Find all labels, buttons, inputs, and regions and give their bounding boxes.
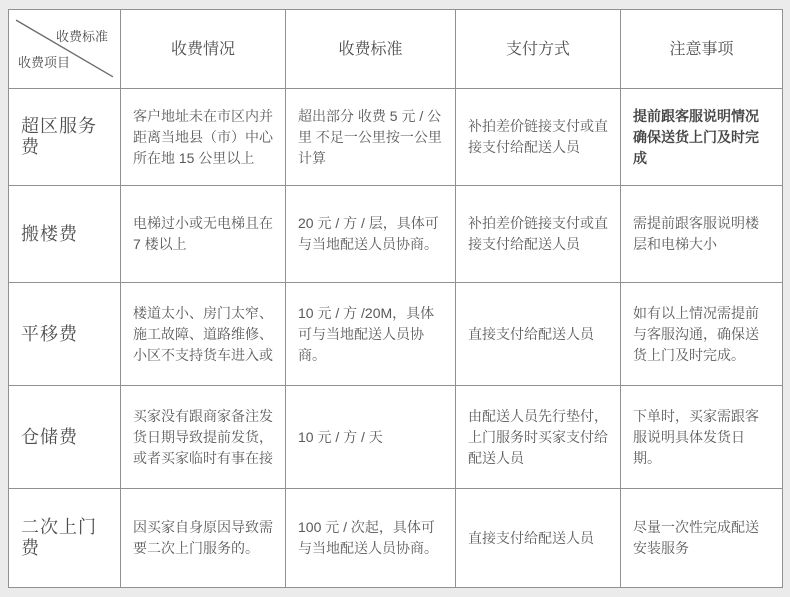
cell-notes: 如有以上情况需提前与客服沟通，确保送货上门及时完成。 [621,283,783,386]
row-item-label: 超区服务费 [9,89,121,186]
table-row: 搬楼费 电梯过小或无电梯且在 7 楼以上 20 元 / 方 / 层，具体可与当地… [9,186,783,283]
table-row: 仓储费 买家没有跟商家备注发货日期导致提前发货，或者买家临时有事在接 10 元 … [9,386,783,489]
cell-standard: 20 元 / 方 / 层，具体可与当地配送人员协商。 [286,186,456,283]
cell-payment: 直接支付给配送人员 [456,489,621,588]
row-item-label: 仓储费 [9,386,121,489]
row-item-label: 二次上门费 [9,489,121,588]
cell-situation: 因买家自身原因导致需要二次上门服务的。 [121,489,286,588]
corner-label-fee-item: 收费项目 [18,52,70,73]
corner-label-fee-standard: 收费标准 [56,26,108,47]
column-header-notes: 注意事项 [621,10,783,89]
cell-payment: 补拍差价链接支付或直接支付给配送人员 [456,186,621,283]
cell-payment: 直接支付给配送人员 [456,283,621,386]
cell-standard: 超出部分 收费 5 元 / 公里 不足一公里按一公里计算 [286,89,456,186]
fee-schedule-table: 收费标准 收费项目 收费情况 收费标准 支付方式 注意事项 超区服务费 客户地址… [8,9,783,588]
cell-situation: 楼道太小、房门太窄、施工故障、道路维修、小区不支持货车进入或 [121,283,286,386]
column-header-standard: 收费标准 [286,10,456,89]
cell-situation: 买家没有跟商家备注发货日期导致提前发货，或者买家临时有事在接 [121,386,286,489]
cell-standard: 10 元 / 方 /20M，具体可与当地配送人员协商。 [286,283,456,386]
row-item-label: 搬楼费 [9,186,121,283]
cell-situation: 客户地址未在市区内并距离当地县（市）中心所在地 15 公里以上 [121,89,286,186]
column-header-situation: 收费情况 [121,10,286,89]
cell-notes: 尽量一次性完成配送安装服务 [621,489,783,588]
diagonal-divider-line [9,10,120,88]
row-item-label: 平移费 [9,283,121,386]
table-row: 超区服务费 客户地址未在市区内并距离当地县（市）中心所在地 15 公里以上 超出… [9,89,783,186]
table-row: 二次上门费 因买家自身原因导致需要二次上门服务的。 100 元 / 次起，具体可… [9,489,783,588]
cell-notes: 下单时，买家需跟客服说明具体发货日期。 [621,386,783,489]
column-header-payment: 支付方式 [456,10,621,89]
corner-header-cell: 收费标准 收费项目 [9,10,121,89]
cell-notes: 提前跟客服说明情况确保送货上门及时完成 [621,89,783,186]
table-row: 平移费 楼道太小、房门太窄、施工故障、道路维修、小区不支持货车进入或 10 元 … [9,283,783,386]
header-row: 收费标准 收费项目 收费情况 收费标准 支付方式 注意事项 [9,10,783,89]
cell-standard: 100 元 / 次起，具体可与当地配送人员协商。 [286,489,456,588]
cell-standard: 10 元 / 方 / 天 [286,386,456,489]
cell-notes: 需提前跟客服说明楼层和电梯大小 [621,186,783,283]
cell-payment: 补拍差价链接支付或直接支付给配送人员 [456,89,621,186]
cell-payment: 由配送人员先行垫付，上门服务时买家支付给配送人员 [456,386,621,489]
cell-situation: 电梯过小或无电梯且在 7 楼以上 [121,186,286,283]
